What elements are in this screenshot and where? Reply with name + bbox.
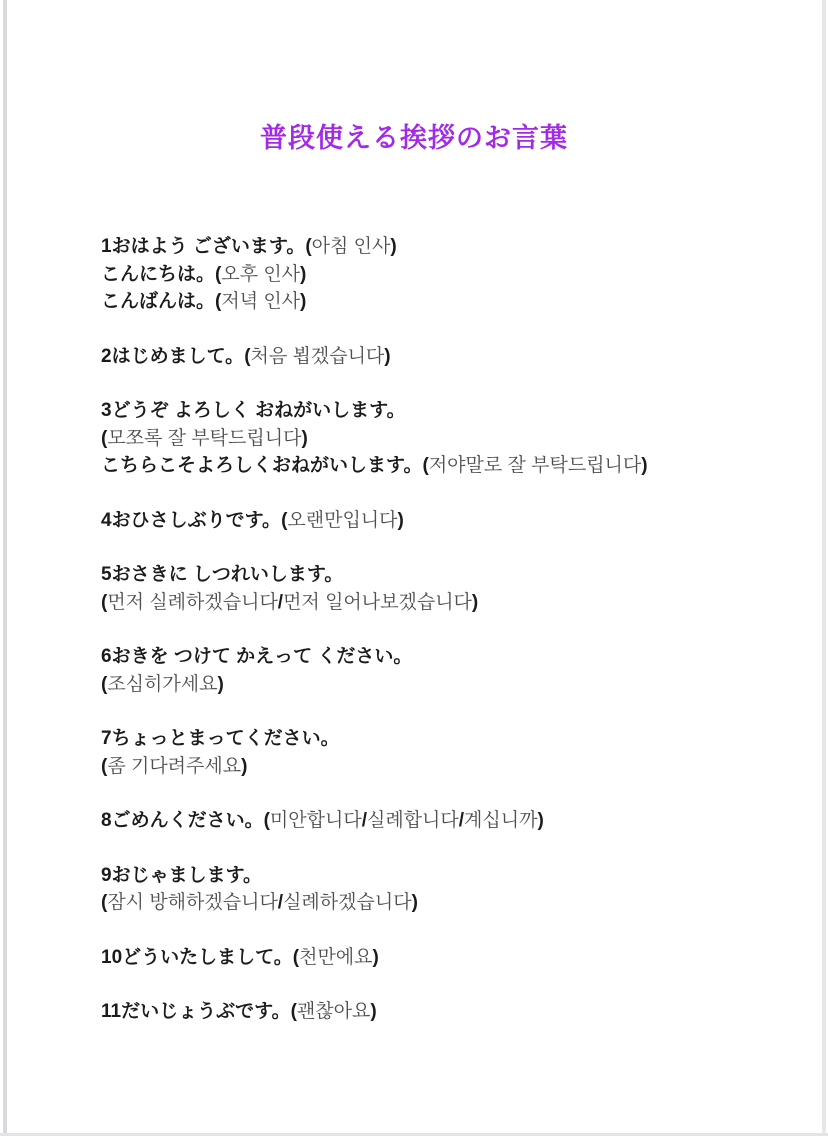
punctuation: ) <box>398 510 404 531</box>
greeting-group: 7ちょっとまってください。(좀 기다려주세요) <box>101 725 768 780</box>
text-line: (잠시 방해하겠습니다/실례하겠습니다) <box>101 889 768 917</box>
text-line: こんにちは。(오후 인사) <box>101 261 768 289</box>
punctuation: ) <box>373 947 379 968</box>
japanese-text: 2はじめまして。 <box>101 346 244 367</box>
korean-text: 처음 뵙겠습니다 <box>251 346 385 367</box>
japanese-text: 6おきを つけて かえって ください。 <box>101 646 412 667</box>
punctuation: ) <box>300 291 306 312</box>
punctuation: ) <box>241 756 247 777</box>
korean-text: 괜찮아요 <box>297 1001 370 1022</box>
korean-text: 좀 기다려주세요 <box>107 756 241 777</box>
japanese-text: 8ごめんください。 <box>101 810 264 831</box>
text-line: (먼저 실례하겠습니다/먼저 일어나보겠습니다) <box>101 589 768 617</box>
korean-text: 실례하겠습니다 <box>283 892 411 913</box>
text-line: (조심히가세요) <box>101 671 768 699</box>
japanese-text: こんばんは。 <box>101 291 215 312</box>
punctuation: ) <box>390 236 396 257</box>
greeting-group: 8ごめんください。(미안합니다/실례합니다/계십니까) <box>101 807 768 835</box>
korean-text: 계십니까 <box>464 810 537 831</box>
korean-text: 천만에요 <box>299 947 372 968</box>
text-line: (모쪼록 잘 부탁드립니다) <box>101 425 768 453</box>
text-line: 5おさきに しつれいします。 <box>101 561 768 589</box>
punctuation: ) <box>300 264 306 285</box>
page-title: 普段使える挨拶のお言葉 <box>0 116 828 155</box>
japanese-text: 11だいじょうぶです。 <box>101 1001 291 1022</box>
punctuation: ) <box>537 810 543 831</box>
korean-text: 먼저 일어나보겠습니다 <box>283 592 472 613</box>
document-page: { "page": { "title": "普段使える挨拶のお言葉", "tit… <box>0 0 828 1136</box>
japanese-text: 1おはよう ございます。 <box>101 236 305 257</box>
japanese-text: こんにちは。 <box>101 264 215 285</box>
greeting-group: 9おじゃまします。(잠시 방해하겠습니다/실례하겠습니다) <box>101 862 768 917</box>
text-line: 1おはよう ございます。(아침 인사) <box>101 233 768 261</box>
korean-text: 먼저 실례하겠습니다 <box>107 592 277 613</box>
korean-text: 저야말로 잘 부탁드립니다 <box>429 455 641 476</box>
korean-text: 잠시 방해하겠습니다 <box>107 892 277 913</box>
page-edge-right <box>822 0 826 1136</box>
greeting-group: 5おさきに しつれいします。(먼저 실례하겠습니다/먼저 일어나보겠습니다) <box>101 561 768 616</box>
punctuation: ) <box>412 892 418 913</box>
korean-text: 아침 인사 <box>312 236 391 257</box>
japanese-text: 10どういたしまして。 <box>101 947 293 968</box>
text-line: 10どういたしまして。(천만에요) <box>101 944 768 972</box>
greeting-group: 2はじめまして。(처음 뵙겠습니다) <box>101 343 768 371</box>
text-line: 3どうぞ よろしく おねがいします。 <box>101 397 768 425</box>
korean-text: 실례합니다 <box>367 810 459 831</box>
text-line: こんばんは。(저녁 인사) <box>101 288 768 316</box>
page-edge-left <box>3 0 7 1136</box>
greeting-group: 1おはよう ございます。(아침 인사)こんにちは。(오후 인사)こんばんは。(저… <box>101 233 768 316</box>
korean-text: 오후 인사 <box>221 264 300 285</box>
japanese-text: こちらこそよろしくおねがいします。 <box>101 455 422 476</box>
japanese-text: 5おさきに しつれいします。 <box>101 564 343 585</box>
text-line: 7ちょっとまってください。 <box>101 725 768 753</box>
text-line: 11だいじょうぶです。(괜찮아요) <box>101 998 768 1026</box>
japanese-text: 3どうぞ よろしく おねがいします。 <box>101 400 406 421</box>
punctuation: ) <box>370 1001 376 1022</box>
japanese-text: 9おじゃまします。 <box>101 865 262 886</box>
punctuation: ) <box>217 674 223 695</box>
korean-text: 오랜만입니다 <box>287 510 397 531</box>
greeting-group: 6おきを つけて かえって ください。(조심히가세요) <box>101 643 768 698</box>
japanese-text: 7ちょっとまってください。 <box>101 728 340 749</box>
text-line: こちらこそよろしくおねがいします。(저야말로 잘 부탁드립니다) <box>101 452 768 480</box>
japanese-text: 4おひさしぶりです。 <box>101 510 281 531</box>
text-line: 4おひさしぶりです。(오랜만입니다) <box>101 507 768 535</box>
korean-text: 조심히가세요 <box>107 674 217 695</box>
text-line: (좀 기다려주세요) <box>101 753 768 781</box>
text-line: 8ごめんください。(미안합니다/실례합니다/계십니까) <box>101 807 768 835</box>
greeting-group: 11だいじょうぶです。(괜찮아요) <box>101 998 768 1026</box>
text-line: 9おじゃまします。 <box>101 862 768 890</box>
punctuation: ) <box>641 455 647 476</box>
greetings-list: 1おはよう ございます。(아침 인사)こんにちは。(오후 인사)こんばんは。(저… <box>0 233 828 1026</box>
text-line: 2はじめまして。(처음 뵙겠습니다) <box>101 343 768 371</box>
punctuation: ) <box>301 428 307 449</box>
korean-text: 저녁 인사 <box>221 291 300 312</box>
korean-text: 모쪼록 잘 부탁드립니다 <box>107 428 301 449</box>
greeting-group: 4おひさしぶりです。(오랜만입니다) <box>101 507 768 535</box>
punctuation: ) <box>472 592 478 613</box>
punctuation: ) <box>384 346 390 367</box>
greeting-group: 3どうぞ よろしく おねがいします。(모쪼록 잘 부탁드립니다)こちらこそよろし… <box>101 397 768 480</box>
korean-text: 미안합니다 <box>270 810 362 831</box>
greeting-group: 10どういたしまして。(천만에요) <box>101 944 768 972</box>
text-line: 6おきを つけて かえって ください。 <box>101 643 768 671</box>
